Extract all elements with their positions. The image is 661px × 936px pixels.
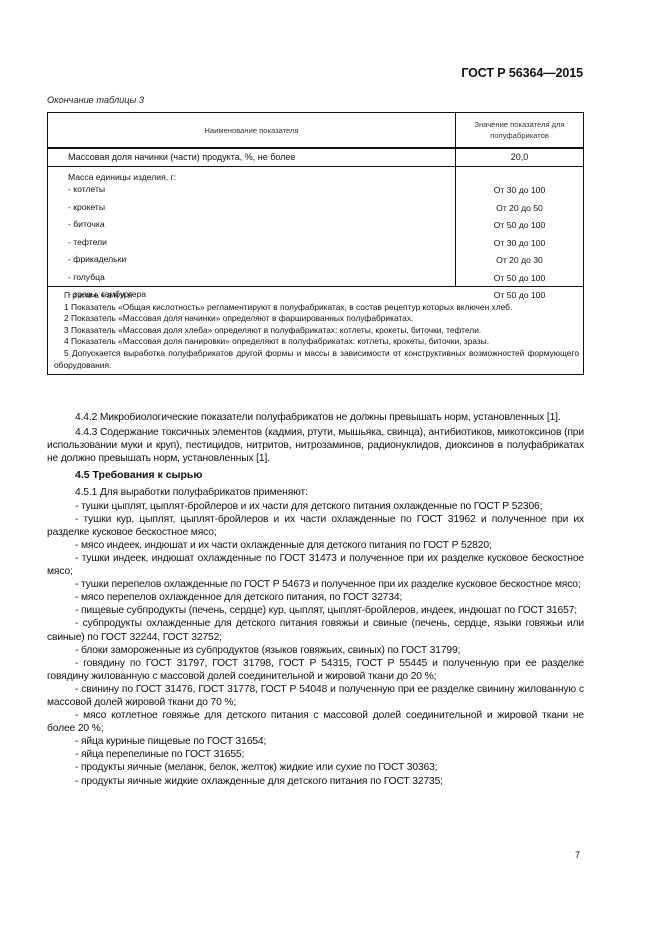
raw-materials-list: - тушки цыплят, цыплят-бройлеров и их ча…	[47, 500, 584, 788]
page-number: 7	[575, 850, 580, 860]
mass-names: Масса единицы изделия, г: - котлеты - кр…	[48, 167, 456, 286]
paragraph-4-5-1: 4.5.1 Для выработки полуфабрикатов приме…	[47, 486, 584, 499]
mass-group-title: Масса единицы изделия, г:	[68, 172, 455, 183]
standard-code: ГОСТ Р 56364—2015	[461, 66, 583, 80]
column-header-value: Значение показателя для полуфабрикатов	[456, 113, 583, 147]
raw-material-item: - говядину по ГОСТ 31797, ГОСТ 31798, ГО…	[47, 657, 584, 683]
raw-material-item: - яйца перепелиные по ГОСТ 31655;	[47, 748, 584, 761]
mass-item-value: От 20 до 30	[456, 254, 583, 272]
mass-item-value: От 50 до 100	[456, 219, 583, 237]
raw-material-item: - свинину по ГОСТ 31476, ГОСТ 31778, ГОС…	[47, 683, 584, 709]
note-item: 4 Показатель «Массовая доля панировки» о…	[54, 336, 579, 348]
mass-item-name: - тефтели	[68, 236, 455, 254]
mass-item-value: От 30 до 100	[456, 184, 583, 202]
mass-item-value: От 30 до 100	[456, 237, 583, 255]
raw-material-item: - субпродукты охлажденные для детского п…	[47, 617, 584, 643]
raw-material-item: - мясо индеек, индюшат и их части охлажд…	[47, 539, 584, 552]
mass-item-name: - фрикадельки	[68, 253, 455, 271]
row-indicator: Массовая доля начинки (части) продукта, …	[48, 149, 456, 166]
column-header-indicator: Наименование показателя	[48, 113, 456, 147]
mass-item-name: - биточка	[68, 218, 455, 236]
raw-material-item: - мясо перепелов охлажденное для детског…	[47, 591, 584, 604]
mass-item-name: - котлеты	[68, 183, 455, 201]
table-header-row: Наименование показателя Значение показат…	[48, 113, 583, 149]
mass-item-value: От 20 до 50	[456, 202, 583, 220]
raw-material-item: - продукты яичные (меланж, белок, желток…	[47, 761, 584, 774]
raw-material-item: - пищевые субпродукты (печень, сердце) к…	[47, 604, 584, 617]
table-row-mass-group: Масса единицы изделия, г: - котлеты - кр…	[48, 167, 583, 287]
requirements-table: Наименование показателя Значение показат…	[47, 112, 584, 375]
raw-material-item: - мясо котлетное говяжье для детского пи…	[47, 709, 584, 735]
raw-material-item: - тушки индеек, индюшат охлажденные по Г…	[47, 552, 584, 578]
paragraph-4-4-3: 4.4.3 Содержание токсичных элементов (ка…	[47, 426, 584, 465]
raw-material-item: - тушки цыплят, цыплят-бройлеров и их ча…	[47, 500, 584, 513]
mass-item-name: - крокеты	[68, 201, 455, 219]
raw-material-item: - блоки замороженные из субпродуктов (яз…	[47, 644, 584, 657]
mass-item-name: - голубца	[68, 271, 455, 289]
raw-material-item: - тушки перепелов охлажденные по ГОСТ Р …	[47, 578, 584, 591]
table-row: Массовая доля начинки (части) продукта, …	[48, 149, 583, 167]
raw-material-item: - яйца куриные пищевые по ГОСТ 31654;	[47, 735, 584, 748]
mass-item-value: От 50 до 100	[456, 272, 583, 290]
mass-values: От 30 до 100 От 20 до 50 От 50 до 100 От…	[456, 167, 583, 286]
paragraph-4-4-2: 4.4.2 Микробиологические показатели полу…	[47, 411, 584, 424]
table-caption: Окончание таблицы 3	[47, 95, 144, 105]
note-item: 3 Показатель «Массовая доля хлеба» опред…	[54, 325, 579, 337]
row-value: 20,0	[456, 149, 583, 166]
document-body: 4.4.2 Микробиологические показатели полу…	[47, 411, 584, 788]
raw-material-item: - продукты яичные жидкие охлажденные для…	[47, 775, 584, 788]
raw-material-item: - тушки кур, цыплят, цыплят-бройлеров и …	[47, 513, 584, 539]
note-item: 5 Допускается выработка полуфабрикатов д…	[54, 348, 579, 371]
note-item: 2 Показатель «Массовая доля начинки» опр…	[54, 313, 579, 325]
section-heading-4-5: 4.5 Требования к сырью	[47, 469, 584, 482]
note-item: 1 Показатель «Общая кислотность» регламе…	[54, 302, 579, 314]
